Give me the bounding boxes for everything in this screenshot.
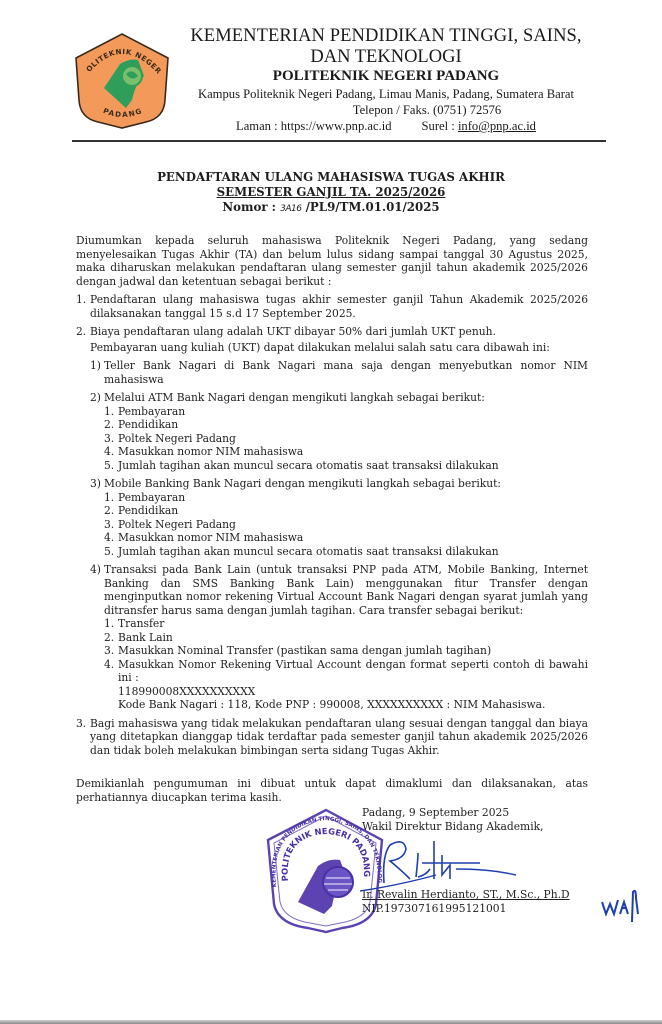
- list-item: 4.Masukkan nomor NIM mahasiswa: [104, 531, 588, 545]
- title-line2: SEMESTER GANJIL TA. 2025/2026: [100, 185, 562, 200]
- place-date: Padang, 9 September 2025: [362, 806, 543, 820]
- pnp-logo-icon: POLITEKNIK NEGERI PADANG: [68, 30, 176, 130]
- website-link[interactable]: Laman : https://www.pnp.ac.id: [236, 119, 392, 133]
- contact-line: Laman : https://www.pnp.ac.idSurel : inf…: [176, 118, 596, 134]
- initials-icon: [600, 884, 640, 924]
- institution-phone: Telepon / Faks. (0751) 72576: [176, 102, 596, 118]
- mobile-steps: 1.Pembayaran 2.Pendidikan 3.Poltek Neger…: [90, 491, 588, 559]
- list-item: 3.Poltek Negeri Padang: [104, 518, 588, 532]
- payment-method-other-bank: 4) Transaksi pada Bank Lain (untuk trans…: [76, 563, 588, 712]
- intro-paragraph: Diumumkan kepada seluruh mahasiswa Polit…: [76, 234, 588, 288]
- document-number: Nomor : 3A16 /PL9/TM.01.01/2025: [100, 200, 562, 217]
- va-legend: Kode Bank Nagari : 118, Kode PNP : 99000…: [118, 698, 588, 712]
- point-2: 2. Biaya pendaftaran ulang adalah UKT di…: [76, 325, 588, 339]
- list-item: 4. Masukkan Nomor Rekening Virtual Accou…: [104, 658, 588, 712]
- payment-method-atm: 2) Melalui ATM Bank Nagari dengan mengik…: [76, 391, 588, 472]
- payment-intro: Pembayaran uang kuliah (UKT) dapat dilak…: [76, 341, 588, 355]
- closing-paragraph: Demikianlah pengumuman ini dibuat untuk …: [76, 777, 588, 804]
- scan-edge: [0, 1020, 662, 1024]
- email-label: Surel :: [422, 119, 458, 133]
- ministry-name-line2: DAN TEKNOLOGI: [176, 47, 596, 67]
- va-example: 118990008XXXXXXXXXX: [118, 685, 588, 699]
- ministry-name-line1: KEMENTERIAN PENDIDIKAN TINGGI, SAINS,: [176, 26, 596, 47]
- point-3: 3. Bagi mahasiswa yang tidak melakukan p…: [76, 717, 588, 758]
- list-item: 3.Masukkan Nominal Transfer (pastikan sa…: [104, 644, 588, 658]
- list-item: 1.Pembayaran: [104, 491, 588, 505]
- payment-method-teller: 1) Teller Bank Nagari di Bank Nagari man…: [76, 359, 588, 386]
- signer-nip: NIP.197307161995121001: [362, 902, 506, 916]
- handwritten-number: 3A16: [280, 204, 301, 214]
- list-item: 2.Pendidikan: [104, 504, 588, 518]
- transfer-steps: 1.Transfer 2.Bank Lain 3.Masukkan Nomina…: [90, 617, 588, 712]
- payment-method-mobile: 3) Mobile Banking Bank Nagari dengan men…: [76, 477, 588, 558]
- list-item: 2.Bank Lain: [104, 631, 588, 645]
- point-1: 1. Pendaftaran ulang mahasiswa tugas akh…: [76, 293, 588, 320]
- announcement-title: PENDAFTARAN ULANG MAHASISWA TUGAS AKHIR …: [100, 170, 562, 217]
- email-link[interactable]: info@pnp.ac.id: [458, 119, 536, 133]
- signer-position: Wakil Direktur Bidang Akademik,: [362, 820, 543, 834]
- list-item: 2.Pendidikan: [104, 418, 588, 432]
- letterhead: KEMENTERIAN PENDIDIKAN TINGGI, SAINS, DA…: [176, 26, 596, 134]
- title-line1: PENDAFTARAN ULANG MAHASISWA TUGAS AKHIR: [100, 170, 562, 185]
- list-item: 5.Jumlah tagihan akan muncul secara otom…: [104, 459, 588, 473]
- list-item: 3.Poltek Negeri Padang: [104, 432, 588, 446]
- announcement-body: Diumumkan kepada seluruh mahasiswa Polit…: [76, 234, 588, 757]
- handwritten-signature-icon: [360, 835, 530, 895]
- institution-address: Kampus Politeknik Negeri Padang, Limau M…: [176, 86, 596, 102]
- list-item: 1.Transfer: [104, 617, 588, 631]
- document-page: POLITEKNIK NEGERI PADANG KEMENTERIAN PEN…: [0, 0, 662, 1024]
- letterhead-divider: [72, 140, 606, 142]
- atm-steps: 1.Pembayaran 2.Pendidikan 3.Poltek Neger…: [90, 405, 588, 473]
- signature-block: Padang, 9 September 2025 Wakil Direktur …: [362, 806, 543, 833]
- list-item: 4.Masukkan nomor NIM mahasiswa: [104, 445, 588, 459]
- institution-name: POLITEKNIK NEGERI PADANG: [176, 67, 596, 86]
- list-item: 1.Pembayaran: [104, 405, 588, 419]
- list-item: 5.Jumlah tagihan akan muncul secara otom…: [104, 545, 588, 559]
